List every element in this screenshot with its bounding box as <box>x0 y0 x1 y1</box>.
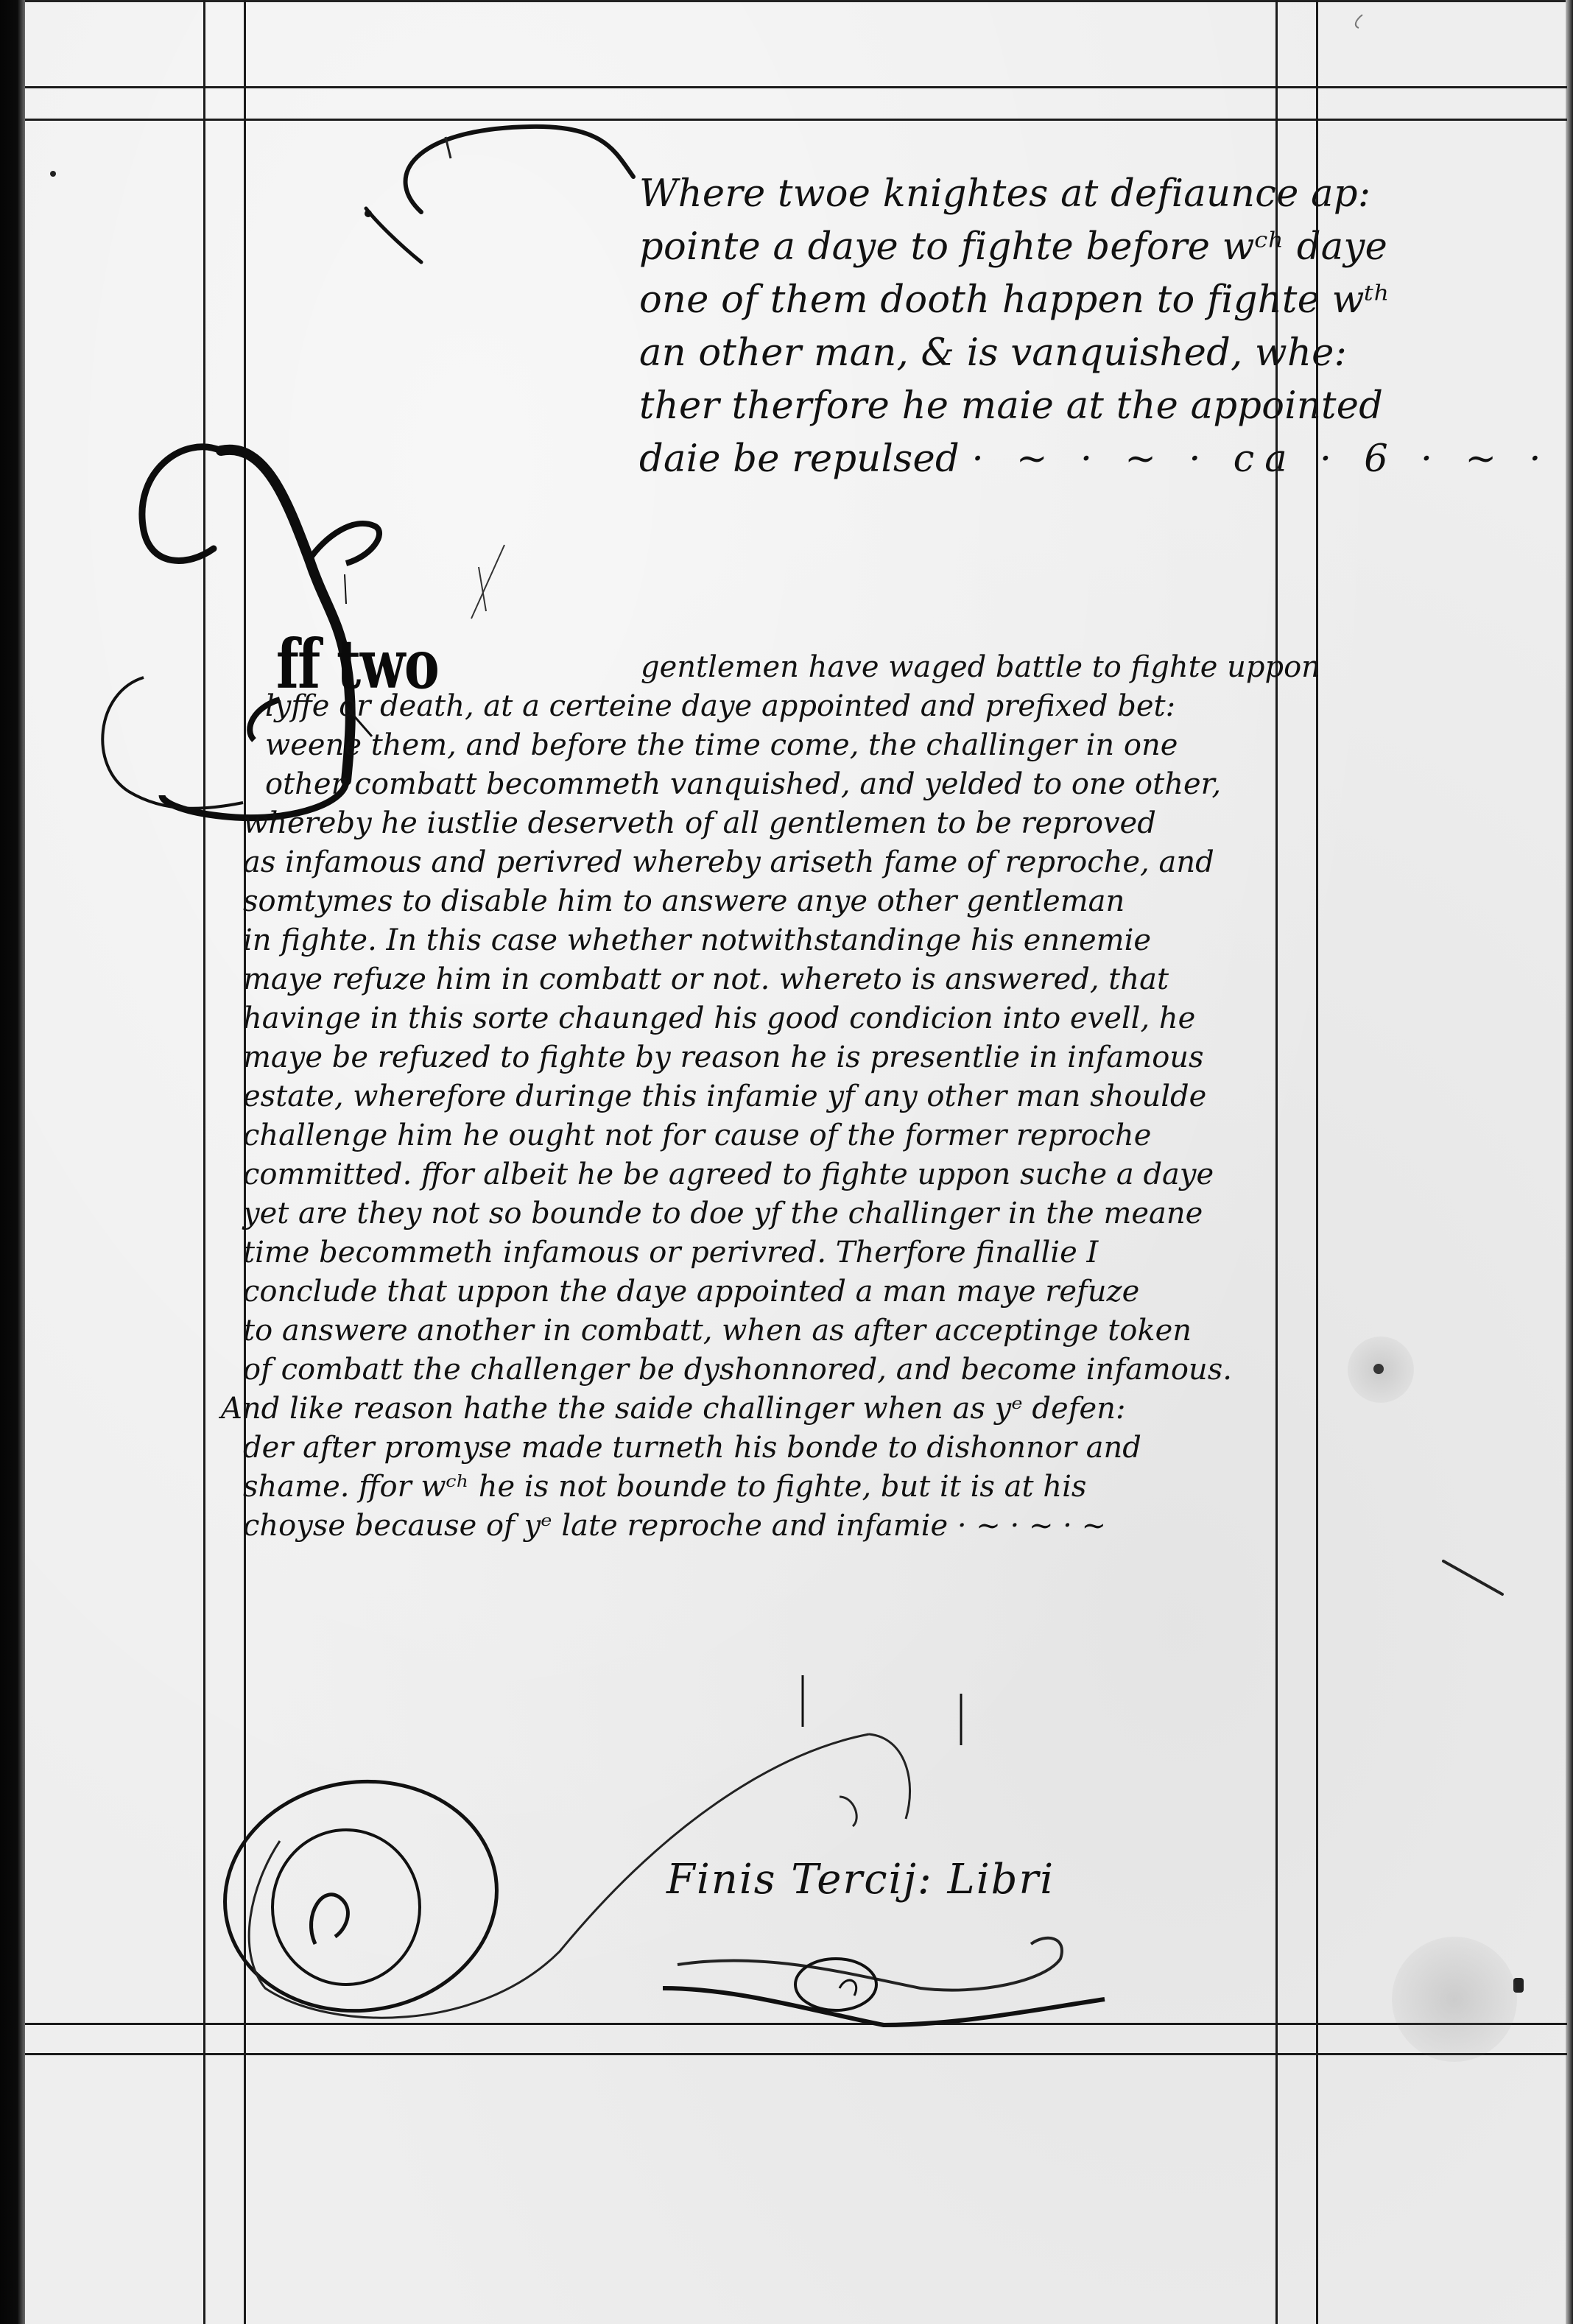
heading-flourish-icon <box>406 127 633 212</box>
body-text: gentlemen have waged battle to fighte up… <box>243 648 1318 1546</box>
heading-line: one of them dooth happen to fighte wᵗʰ <box>639 274 1309 327</box>
heading-line: Where twoe knightes at defiaunce ap: <box>639 168 1309 221</box>
body-line: maye refuze him in combatt or not. where… <box>243 960 1318 999</box>
body-line: committed. ffor albeit he be agreed to f… <box>243 1155 1318 1194</box>
paper-stain <box>1392 1937 1517 2062</box>
body-line: gentlemen have waged battle to fighte up… <box>243 648 1318 687</box>
ruled-line-left-outer <box>203 0 205 2324</box>
ruled-line-bottom-outer <box>25 2053 1567 2055</box>
ruled-line-top-outer <box>25 86 1567 88</box>
body-line: to answere another in combatt, when as a… <box>243 1311 1318 1351</box>
body-line: as infamous and perivred whereby ariseth… <box>243 843 1318 882</box>
body-line: der after promyse made turneth his bonde… <box>243 1429 1318 1468</box>
scan-edge-left <box>0 0 25 2324</box>
body-line: shame. ffor wᶜʰ he is not bounde to figh… <box>243 1468 1318 1507</box>
scan-edge-top <box>0 0 1573 2</box>
body-line: challenge him he ought not for cause of … <box>243 1116 1318 1155</box>
body-line: other combatt becommeth vanquished, and … <box>243 765 1318 804</box>
body-line: havinge in this sorte chaunged his good … <box>243 999 1318 1038</box>
ink-spot <box>50 171 56 177</box>
chapter-heading: Where twoe knightes at defiaunce ap: poi… <box>639 168 1309 486</box>
body-line: And like reason hathe the saide challing… <box>221 1390 1318 1429</box>
ruled-line-top-inner <box>25 119 1567 121</box>
heading-line: pointe a daye to fighte before wᶜʰ daye <box>639 221 1309 274</box>
heading-line: ther therfore he maie at the appointed <box>639 380 1309 433</box>
paper-stain <box>1348 1337 1414 1403</box>
body-line: of combatt the challenger be dyshonnored… <box>243 1351 1318 1390</box>
chapter-number-mark: · ~ · ~ · ca · 6 · ~ · <box>971 437 1551 481</box>
body-line: maye be refuzed to fighte by reason he i… <box>243 1038 1318 1077</box>
heading-line: daie be repulsed <box>639 437 960 481</box>
colophon: Finis Tercij: Libri <box>666 1856 1055 1904</box>
body-line: time becommeth infamous or perivred. The… <box>243 1233 1318 1272</box>
body-line: lyffe or death, at a certeine daye appoi… <box>243 687 1318 726</box>
body-line: whereby he iustlie deserveth of all gent… <box>243 804 1318 843</box>
heading-line-last: daie be repulsed · ~ · ~ · ca · 6 · ~ · <box>639 433 1309 486</box>
body-line: conclude that uppon the daye appointed a… <box>243 1272 1318 1311</box>
scan-edge-right <box>1566 0 1573 2324</box>
body-line: weene them, and before the time come, th… <box>243 726 1318 765</box>
body-line: estate, wherefore duringe this infamie y… <box>243 1077 1318 1116</box>
ruled-line-bottom-inner <box>25 2023 1567 2025</box>
body-line: choyse because of yᵉ late reproche and i… <box>243 1507 1318 1546</box>
body-line: yet are they not so bounde to doe yf the… <box>243 1194 1318 1233</box>
heading-line: an other man, & is vanquished, whe: <box>639 327 1309 380</box>
body-line: in fighte. In this case whether notwiths… <box>243 921 1318 960</box>
manuscript-page: Where twoe knightes at defiaunce ap: poi… <box>0 0 1573 2324</box>
body-line: somtymes to disable him to answere anye … <box>243 882 1318 921</box>
